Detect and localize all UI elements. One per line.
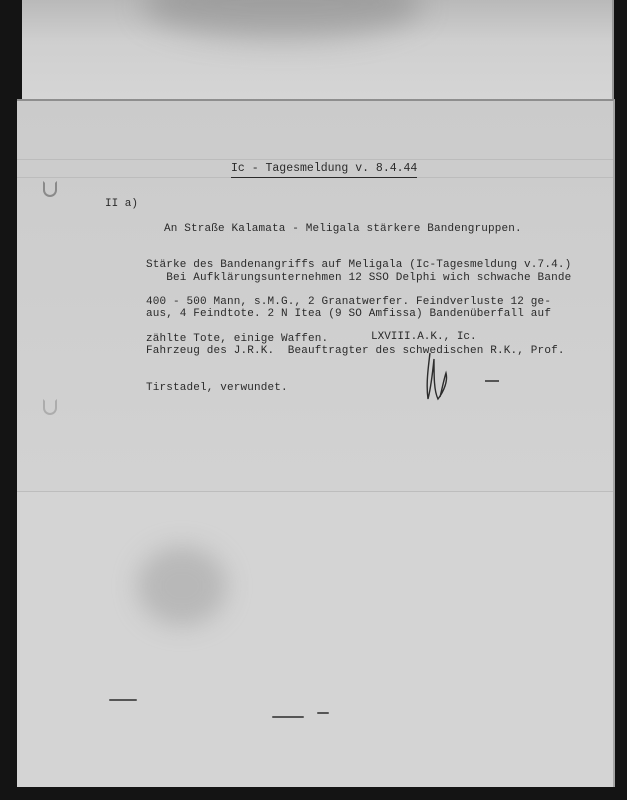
- text-line: An Straße Kalamata - Meligala stärkere B…: [146, 223, 571, 235]
- text-line: Bei Aufklärungsunternehmen 12 SSO Delphi…: [146, 272, 571, 284]
- section-label: II a): [105, 198, 138, 210]
- document-title: Ic - Tagesmeldung v. 8.4.44: [231, 162, 417, 178]
- scan-debris: [272, 716, 304, 718]
- punch-hole-icon: [43, 399, 57, 415]
- ink-mark: [485, 380, 499, 382]
- scan-debris: [317, 712, 329, 714]
- paragraph-2: Bei Aufklärungsunternehmen 12 SSO Delphi…: [146, 247, 571, 419]
- text-line: Fahrzeug des J.R.K. Beauftragter des sch…: [146, 345, 571, 357]
- text-line: Tirstadel, verwundet.: [146, 382, 571, 394]
- document-page: Ic - Tagesmeldung v. 8.4.44 II a) An Str…: [17, 99, 615, 787]
- signature-block: LXVIII.A.K., Ic.: [371, 331, 477, 343]
- back-sheet: [22, 0, 614, 104]
- scan-smudge: [137, 546, 227, 626]
- punch-hole-icon: [43, 181, 57, 197]
- paper-fold-line: [17, 159, 613, 160]
- scan-debris: [109, 699, 137, 701]
- signature-icon: [422, 351, 458, 403]
- text-line: aus, 4 Feindtote. 2 N Itea (9 SO Amfissa…: [146, 308, 571, 320]
- scan-shadow: [142, 0, 422, 40]
